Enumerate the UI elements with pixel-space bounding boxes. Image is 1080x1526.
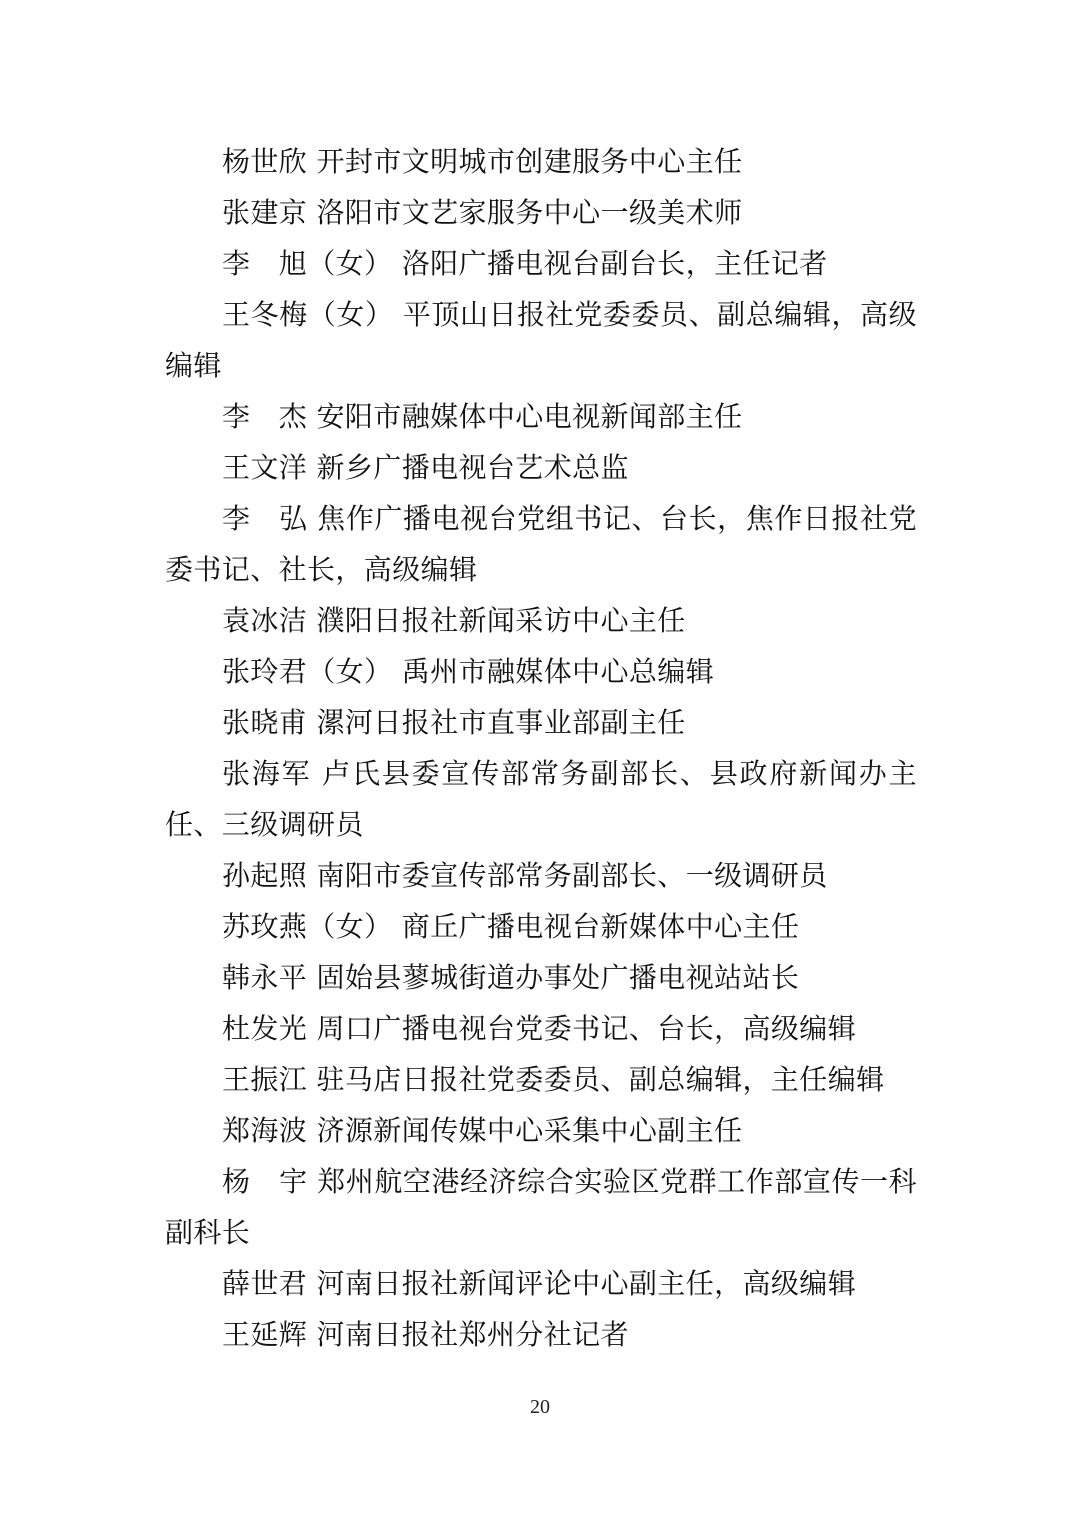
list-entry: 李 旭（女） 洛阳广播电视台副台长，主任记者 — [165, 238, 917, 289]
list-entry: 李 杰 安阳市融媒体中心电视新闻部主任 — [165, 391, 917, 442]
list-entry: 张晓甫 漯河日报社市直事业部副主任 — [165, 697, 917, 748]
list-entry: 郑海波 济源新闻传媒中心采集中心副主任 — [165, 1105, 917, 1156]
list-entry: 杨世欣 开封市文明城市创建服务中心主任 — [165, 136, 917, 187]
list-entry: 杨 宇 郑州航空港经济综合实验区党群工作部宣传一科副科长 — [165, 1156, 917, 1258]
list-entry: 张玲君（女） 禹州市融媒体中心总编辑 — [165, 646, 917, 697]
list-entry: 王冬梅（女） 平顶山日报社党委委员、副总编辑，高级编辑 — [165, 289, 917, 391]
list-entry: 袁冰洁 濮阳日报社新闻采访中心主任 — [165, 595, 917, 646]
document-page: 杨世欣 开封市文明城市创建服务中心主任 张建京 洛阳市文艺家服务中心一级美术师 … — [0, 0, 1080, 1526]
list-entry: 孙起照 南阳市委宣传部常务副部长、一级调研员 — [165, 850, 917, 901]
list-entry: 王振江 驻马店日报社党委委员、副总编辑，主任编辑 — [165, 1054, 917, 1105]
list-entry: 王文洋 新乡广播电视台艺术总监 — [165, 442, 917, 493]
name-list: 杨世欣 开封市文明城市创建服务中心主任 张建京 洛阳市文艺家服务中心一级美术师 … — [165, 136, 917, 1360]
list-entry: 薛世君 河南日报社新闻评论中心副主任，高级编辑 — [165, 1258, 917, 1309]
list-entry: 韩永平 固始县蓼城街道办事处广播电视站站长 — [165, 952, 917, 1003]
list-entry: 张海军 卢氏县委宣传部常务副部长、县政府新闻办主任、三级调研员 — [165, 748, 917, 850]
list-entry: 李 弘 焦作广播电视台党组书记、台长，焦作日报社党委书记、社长，高级编辑 — [165, 493, 917, 595]
list-entry: 杜发光 周口广播电视台党委书记、台长，高级编辑 — [165, 1003, 917, 1054]
list-entry: 张建京 洛阳市文艺家服务中心一级美术师 — [165, 187, 917, 238]
page-number: 20 — [0, 1396, 1080, 1419]
list-entry: 苏玫燕（女） 商丘广播电视台新媒体中心主任 — [165, 901, 917, 952]
list-entry: 王延辉 河南日报社郑州分社记者 — [165, 1309, 917, 1360]
